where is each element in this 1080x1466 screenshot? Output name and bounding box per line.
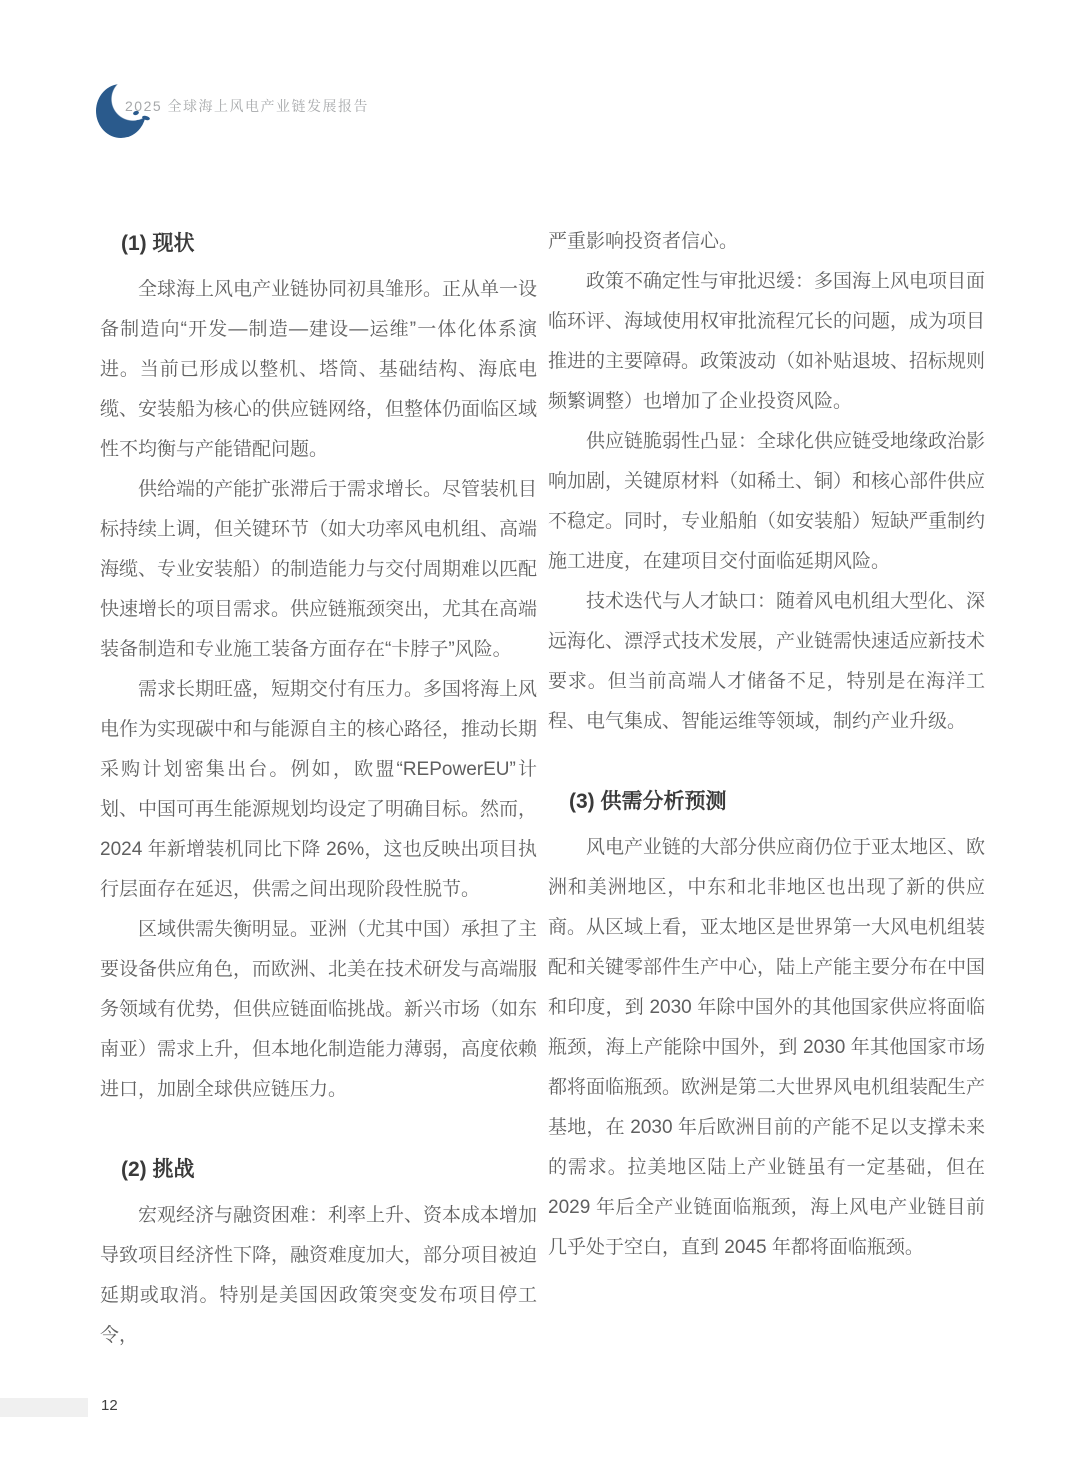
page-number: 12 [101,1397,118,1414]
paragraph: 政策不确定性与审批迟缓：多国海上风电项目面临环评、海域使用权审批流程冗长的问题，… [548,262,985,422]
section-heading-supply-demand-forecast: (3) 供需分析预测 [548,780,985,824]
paragraph: 供应链脆弱性凸显：全球化供应链受地缘政治影响加剧，关键原材料（如稀土、铜）和核心… [548,422,985,582]
right-column: 严重影响投资者信心。 政策不确定性与审批迟缓：多国海上风电项目面临环评、海域使用… [548,222,985,1268]
paragraph: 全球海上风电产业链协同初具雏形。正从单一设备制造向“开发—制造—建设—运维”一体… [100,270,537,470]
paragraph: 需求长期旺盛，短期交付有压力。多国将海上风电作为实现碳中和与能源自主的核心路径，… [100,670,537,910]
section-heading-challenges: (2) 挑战 [100,1148,537,1192]
paragraph: 技术迭代与人才缺口：随着风电机组大型化、深远海化、漂浮式技术发展，产业链需快速适… [548,582,985,742]
report-page: 2025 全球海上风电产业链发展报告 (1) 现状 全球海上风电产业链协同初具雏… [0,0,1080,1466]
paragraph: 供给端的产能扩张滞后于需求增长。尽管装机目标持续上调，但关键环节（如大功率风电机… [100,470,537,670]
page-header: 2025 全球海上风电产业链发展报告 [0,0,1080,160]
left-column: (1) 现状 全球海上风电产业链协同初具雏形。正从单一设备制造向“开发—制造—建… [100,222,537,1356]
footer-accent-bar [0,1398,88,1417]
paragraph-continuation: 严重影响投资者信心。 [548,222,985,262]
brush-splatter-icon [136,120,140,123]
paragraph: 宏观经济与融资困难：利率上升、资本成本增加导致项目经济性下降，融资难度加大，部分… [100,1196,537,1356]
report-title: 2025 全球海上风电产业链发展报告 [125,96,369,116]
paragraph: 区域供需失衡明显。亚洲（尤其中国）承担了主要设备供应角色，而欧洲、北美在技术研发… [100,910,537,1110]
paragraph: 风电产业链的大部分供应商仍位于亚太地区、欧洲和美洲地区，中东和北非地区也出现了新… [548,828,985,1268]
section-heading-status: (1) 现状 [100,222,537,266]
